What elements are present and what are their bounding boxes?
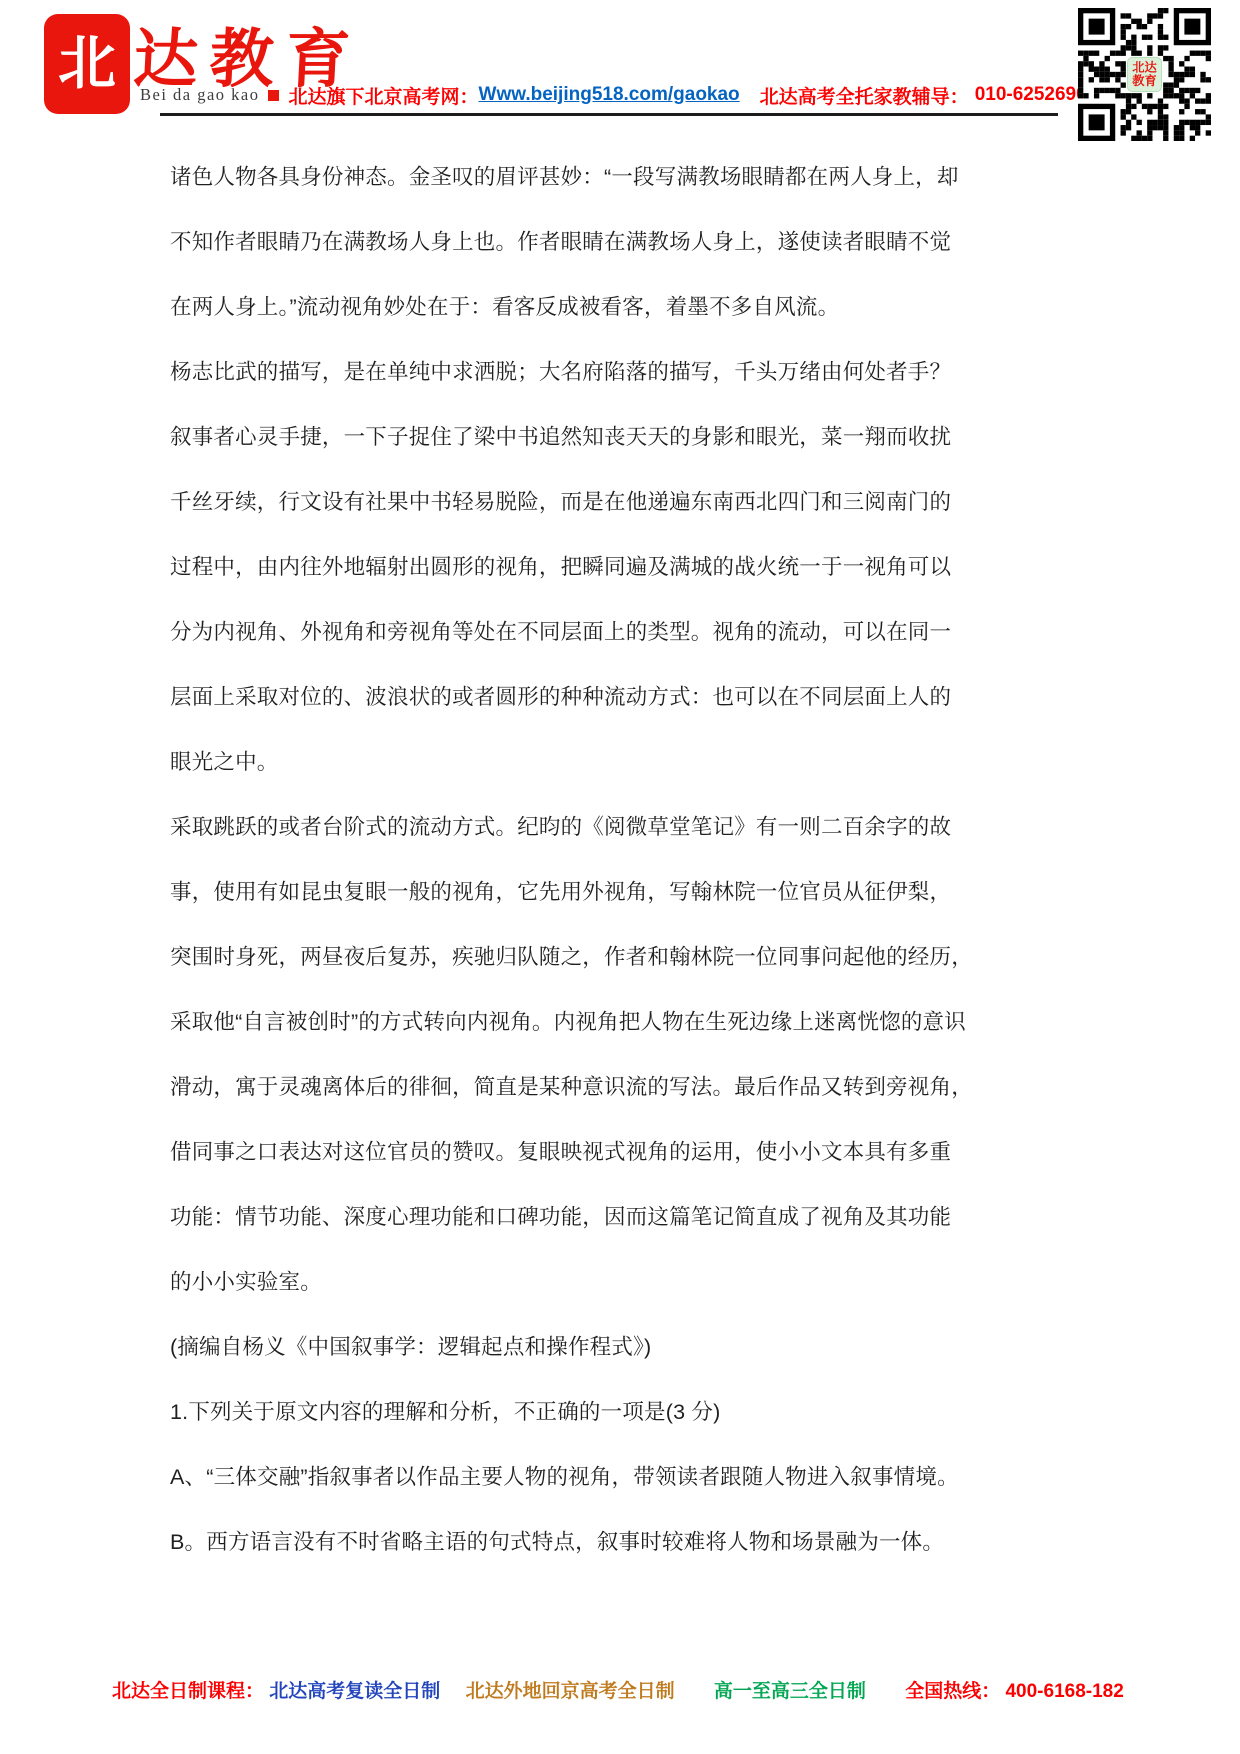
text-line: 层面上采取对位的、波浪状的或者圆形的种种流动方式：也可以在不同层面上人的 xyxy=(170,663,1000,728)
text-line: 过程中，由内往外地辐射出圆形的视角，把瞬同遍及满城的战火统一于一视角可以 xyxy=(170,533,1000,598)
footer-item-huijing: 北达外地回京高考全日制 xyxy=(466,1681,675,1702)
text-line: 不知作者眼睛乃在满教场人身上也。作者眼睛在满教场人身上，遂使读者眼睛不觉 xyxy=(170,208,1000,273)
brand-romanized-text: Bei da gao kao xyxy=(140,85,260,105)
footer: 北达全日制课程： 北达高考复读全日制 北达外地回京高考全日制 高一至高三全日制 … xyxy=(112,1676,1172,1703)
qr-logo-line1: 北达 xyxy=(1132,60,1157,75)
text-line: 采取跳跃的或者台阶式的流动方式。纪昀的《阅微草堂笔记》有一则二百余字的故 xyxy=(170,793,1000,858)
brand-seal-logo: 北 xyxy=(46,16,128,112)
text-line: 千丝牙续，行文设有社果中书轻易脱险，而是在他递遍东南西北四门和三阅南门的 xyxy=(170,468,1000,533)
text-line: 突围时身死，两昼夜后复苏，疾驰归队随之，作者和翰林院一位同事问起他的经历， xyxy=(170,923,1000,988)
header-divider xyxy=(160,113,1058,116)
text-line: 事，使用有如昆虫复眼一般的视角，它先用外视角，写翰林院一位官员从征伊梨， xyxy=(170,858,1000,923)
red-square-bullet-icon xyxy=(268,90,279,101)
footer-hotline-label: 全国热线： xyxy=(905,1681,1000,1702)
document-page: 北 达教育 Bei da gao kao 北达旗下北京高考网： Www.beij… xyxy=(0,0,1240,1754)
text-line: 眼光之中。 xyxy=(170,728,1000,793)
question-line: 1.下列关于原文内容的理解和分析，不正确的一项是(3 分) xyxy=(170,1378,1000,1443)
seal-character: 北 xyxy=(58,35,116,93)
footer-hotline-number: 400-6168-182 xyxy=(1005,1681,1123,1702)
header-tagline: Bei da gao kao 北达旗下北京高考网： Www.beijing518… xyxy=(140,82,1097,108)
qr-logo-line2: 教育 xyxy=(1131,73,1156,88)
text-line: 采取他“自言被创时”的方式转向内视角。内视角把人物在生死边缘上迷离恍惚的意识 xyxy=(170,988,1000,1053)
text-line: 叙事者心灵手捷，一下子捉住了梁中书追然知丧天天的身影和眼光，菜一翔而收扰 xyxy=(170,403,1000,468)
footer-item-grades: 高一至高三全日制 xyxy=(714,1681,866,1702)
text-line: 在两人身上。”流动视角妙处在于：看客反成被看客，着墨不多自风流。 xyxy=(170,273,1000,338)
option-b-line: B。西方语言没有不时省略主语的句式特点，叙事时较难将人物和场景融为一体。 xyxy=(170,1508,1000,1573)
source-attribution-line: (摘编自杨义《中国叙事学：逻辑起点和操作程式》) xyxy=(170,1313,1000,1378)
site-url-link[interactable]: Www.beijing518.com/gaokao xyxy=(479,84,740,106)
text-line: 分为内视角、外视角和旁视角等处在不同层面上的类型。视角的流动，可以在同一 xyxy=(170,598,1000,663)
text-line: 功能：情节功能、深度心理功能和口碑功能，因而这篇笔记简直成了视角及其功能 xyxy=(170,1183,1000,1248)
text-line: 借同事之口表达对这位官员的赞叹。复眼映视式视角的运用，使小小文本具有多重 xyxy=(170,1118,1000,1183)
tutor-label: 北达高考全托家教辅导： xyxy=(760,82,969,109)
text-line: 诸色人物各具身份神态。金圣叹的眉评甚妙：“一段写满教场眼睛都在两人身上，却 xyxy=(170,143,1000,208)
document-text: 诸色人物各具身份神态。金圣叹的眉评甚妙：“一段写满教场眼睛都在两人身上，却 不知… xyxy=(170,143,1000,1573)
footer-item-fudu: 北达高考复读全日制 xyxy=(269,1681,440,1702)
text-line: 滑动，寓于灵魂离体后的徘徊，简直是某种意识流的写法。最后作品又转到旁视角， xyxy=(170,1053,1000,1118)
site-label: 北达旗下北京高考网： xyxy=(289,82,479,109)
text-line: 的小小实验室。 xyxy=(170,1248,1000,1313)
option-a-line: A、“三体交融”指叙事者以作品主要人物的视角，带领读者跟随人物进入叙事情境。 xyxy=(170,1443,1000,1508)
footer-course-label: 北达全日制课程： xyxy=(112,1681,264,1702)
text-line: 杨志比武的描写，是在单纯中求洒脱；大名府陷落的描写，千头万绪由何处者手？ xyxy=(170,338,1000,403)
qr-code: 北达 教育 xyxy=(1078,8,1211,141)
